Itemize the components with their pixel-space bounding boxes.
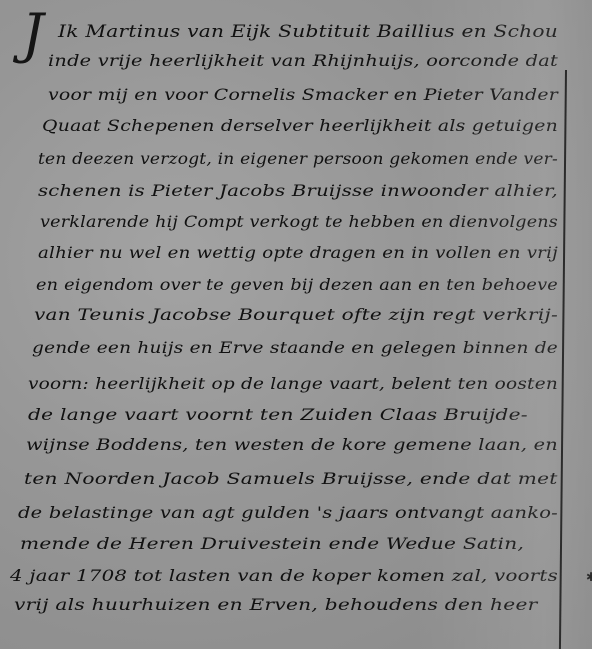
text-line-6: schenen is Pieter Jacobs Bruijsse inwoon…	[38, 182, 558, 200]
text-line-10: van Teunis Jacobse Bourquet ofte zijn re…	[34, 306, 558, 324]
text-line-1: Ik Martinus van Eijk Subtituit Baillius …	[58, 22, 558, 41]
edge-mark: ✱	[586, 570, 592, 584]
initial-letter: J	[22, 2, 44, 65]
text-line-4: Quaat Schepenen derselver heerlijkheit a…	[42, 117, 558, 135]
text-line-9: en eigendom over te geven bij dezen aan …	[36, 276, 558, 294]
text-line-14: wijnse Boddens, ten westen de kore gemen…	[26, 436, 558, 454]
text-line-16: de belastinge van agt gulden 's jaars on…	[18, 504, 558, 522]
text-line-19: vrij als huurhuizen en Erven, behoudens …	[14, 596, 538, 614]
text-line-8: alhier nu wel en wettig opte dragen en i…	[38, 244, 558, 262]
text-line-11: gende een huijs en Erve staande en geleg…	[32, 339, 558, 357]
text-line-5: ten deezen verzogt, in eigener persoon g…	[38, 150, 558, 168]
text-line-15: ten Noorden Jacob Samuels Bruijsse, ende…	[24, 470, 558, 488]
scanned-document-page: ✱ J Ik Martinus van Eijk Subtituit Baill…	[0, 0, 592, 649]
margin-rule	[559, 70, 567, 649]
text-line-18: 4 jaar 1708 tot lasten van de koper kome…	[10, 567, 558, 585]
text-line-13: de lange vaart voornt ten Zuiden Claas B…	[28, 406, 528, 424]
text-line-12: voorn: heerlijkheit op de lange vaart, b…	[28, 375, 558, 393]
text-line-2: inde vrije heerlijkheit van Rhijnhuijs, …	[48, 52, 558, 70]
text-line-17: mende de Heren Druivestein ende Wedue Sa…	[20, 535, 524, 553]
text-line-3: voor mij en voor Cornelis Smacker en Pie…	[48, 86, 558, 104]
text-line-7: verklarende hij Compt verkogt te hebben …	[40, 213, 558, 231]
